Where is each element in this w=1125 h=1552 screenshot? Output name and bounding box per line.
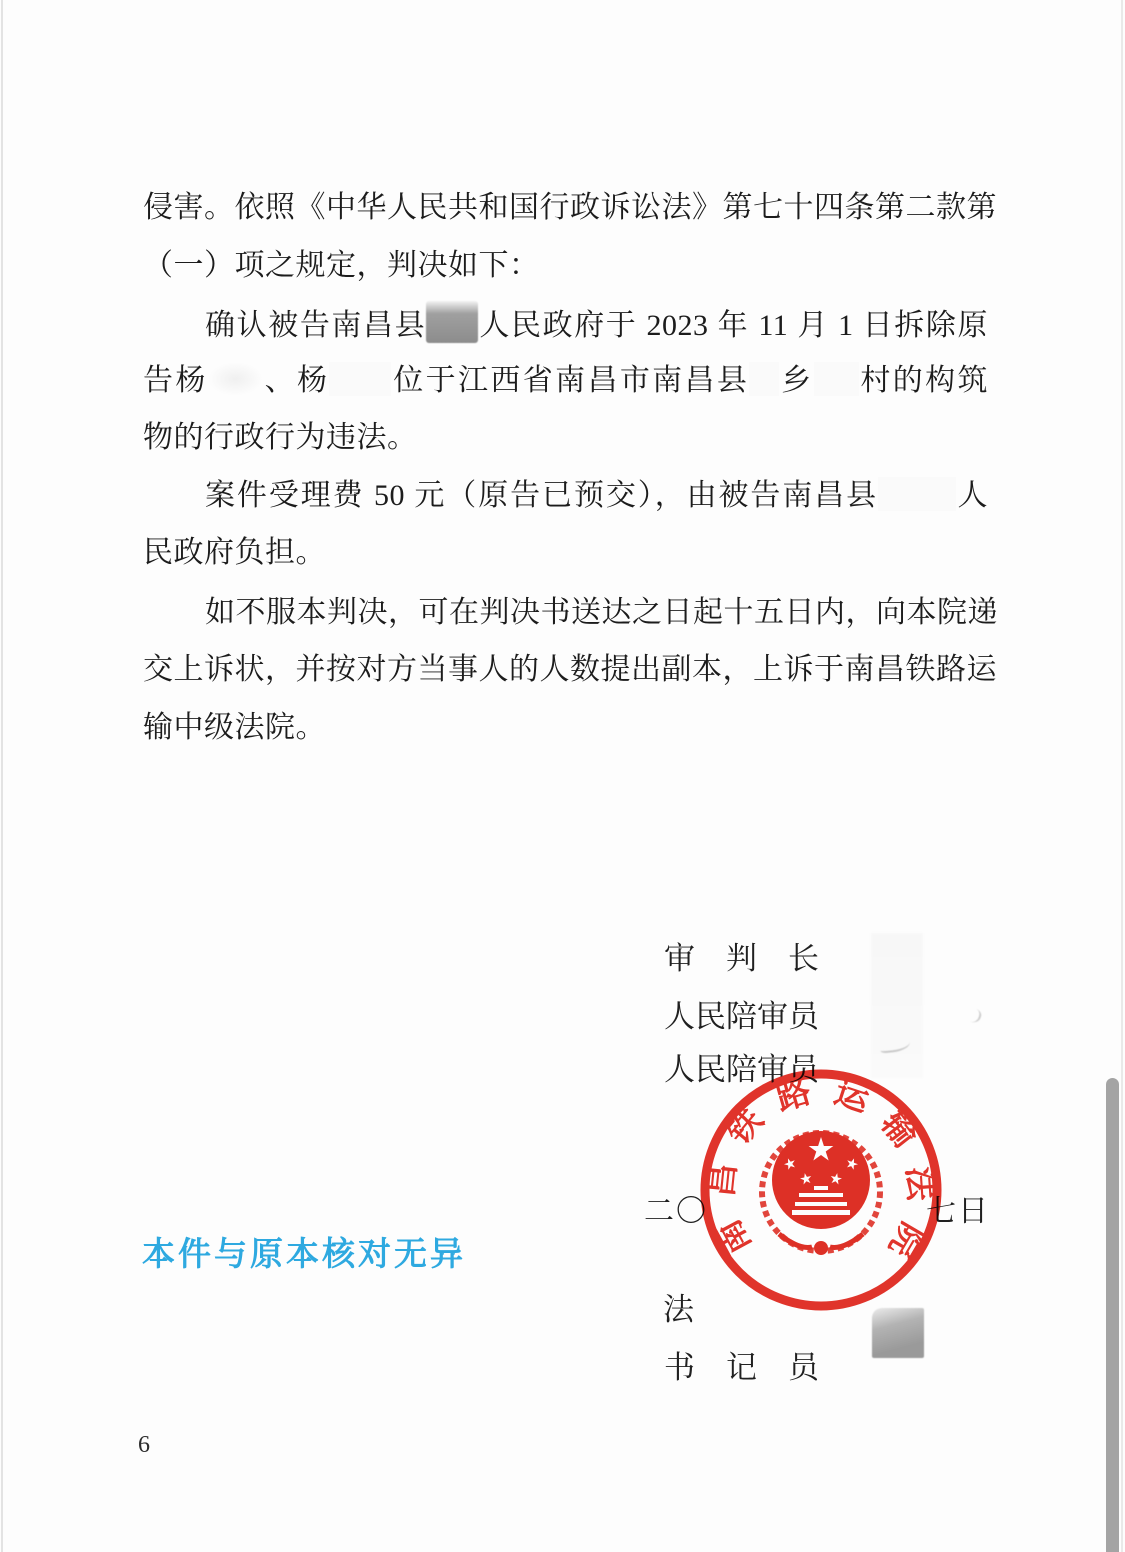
national-emblem xyxy=(762,1131,880,1255)
page-number: 6 xyxy=(138,1432,150,1459)
text-segment: 位于江西省南昌市南昌县 xyxy=(391,364,749,397)
judgment-text-line-2: （一）项之规定，判决如下： xyxy=(143,244,988,290)
text-segment: 村的构筑 xyxy=(859,364,988,397)
judgment-text-line-9: 交上诉状，并按对方当事人的人数提出副本，上诉于南昌铁路运 xyxy=(143,648,988,694)
judgment-text-line-8: 如不服本判决，可在判决书送达之日起十五日内，向本院递 xyxy=(143,591,988,637)
judgment-text-line-3: 确认被告南昌县人民政府于 2023 年 11 月 1 日拆除原 xyxy=(143,301,988,347)
text-segment: 、杨 xyxy=(263,364,330,397)
text-segment: 乡 xyxy=(779,364,813,397)
text-segment: 确认被告南昌县 xyxy=(205,309,426,342)
court-seal: 南昌铁路运输法院 xyxy=(686,1055,956,1325)
redaction-box-town-name xyxy=(426,301,478,343)
erased-name-blank xyxy=(814,362,859,396)
court-clerk-label: 书 记 员 xyxy=(664,1342,819,1387)
people-assessor-label-1: 人民陪审员 xyxy=(664,995,819,1039)
text-segment: 案件受理费 50 元（原告已预交），由被告南昌县 xyxy=(205,479,878,512)
erased-name-smudge xyxy=(208,362,263,396)
scrollbar-thumb[interactable] xyxy=(1106,1078,1119,1552)
erased-name-blank xyxy=(749,362,779,396)
judgment-text-line-4: 告杨、杨位于江西省南昌市南昌县乡村的构筑 xyxy=(143,359,988,405)
text-segment: 人 xyxy=(956,479,988,512)
verification-stamp-text: 本件与原本核对无异 xyxy=(142,1228,466,1275)
judgment-text-line-10: 输中级法院。 xyxy=(143,706,988,752)
judgment-text-line-1: 侵害。依照《中华人民共和国行政诉讼法》第七十四条第二款第 xyxy=(143,186,988,232)
judgment-text-line-7: 民政府负担。 xyxy=(143,531,988,577)
erased-name-blank xyxy=(878,477,956,511)
page-left-edge xyxy=(1,0,3,1552)
presiding-judge-label: 审 判 长 xyxy=(664,937,819,981)
text-segment: 告杨 xyxy=(143,364,208,397)
judgment-text-line-5: 物的行政行为违法。 xyxy=(143,416,988,462)
erased-signature-stroke xyxy=(961,1006,982,1025)
page-right-edge xyxy=(1121,0,1123,1552)
judgment-text-line-6: 案件受理费 50 元（原告已预交），由被告南昌县人 xyxy=(143,474,988,520)
court-seal-graphic: 南昌铁路运输法院 xyxy=(686,1055,956,1325)
text-segment: 人民政府于 2023 年 11 月 1 日拆除原 xyxy=(478,309,988,342)
erased-name-blank xyxy=(329,362,391,396)
